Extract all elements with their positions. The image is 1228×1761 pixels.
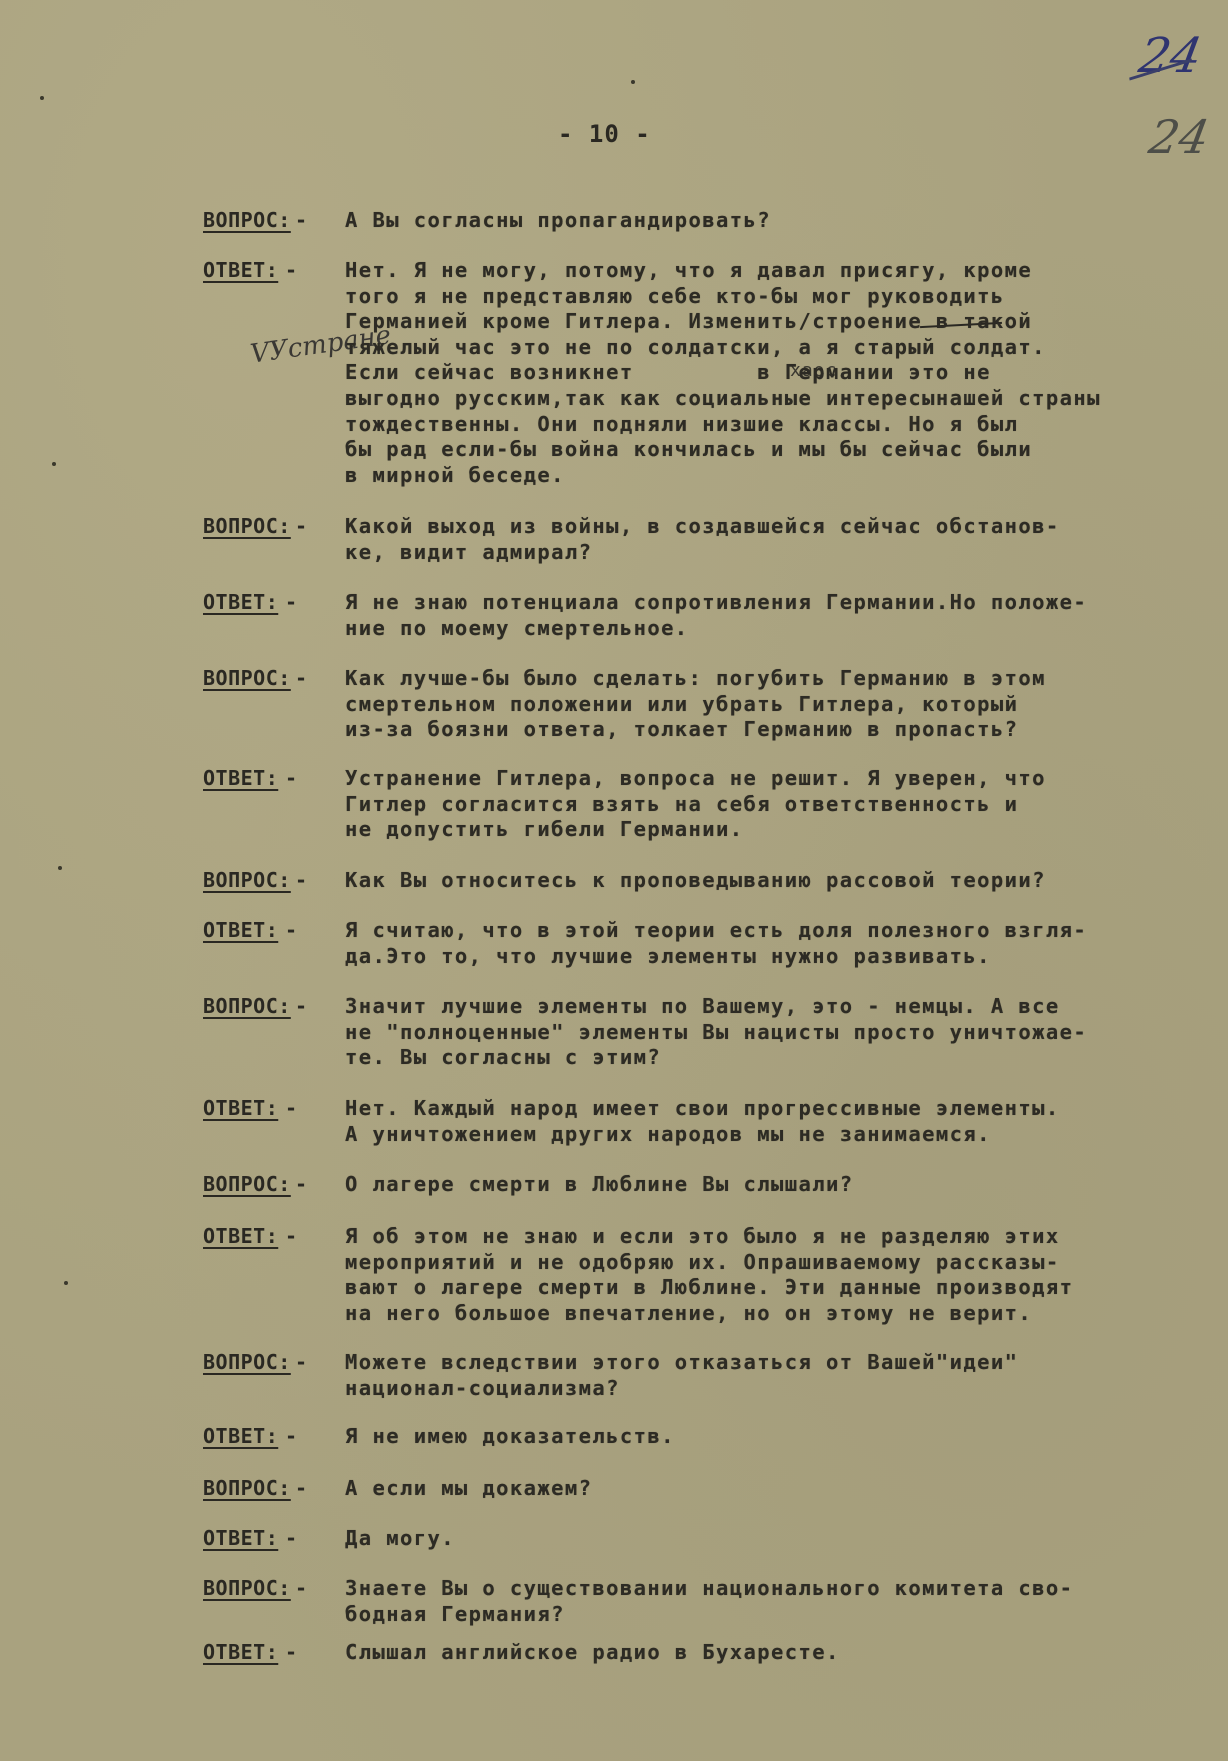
label-dash: - bbox=[295, 666, 308, 690]
label-dash: - bbox=[285, 1424, 298, 1448]
answer-label: ОТВЕТ: bbox=[203, 766, 278, 790]
question-label: ВОПРОС: bbox=[203, 1576, 291, 1600]
answer-label: ОТВЕТ: bbox=[203, 1096, 278, 1120]
entry-text: Нет. Я не могу, потому, что я давал прис… bbox=[345, 258, 1205, 488]
paper-speck bbox=[40, 96, 44, 100]
label-dash: - bbox=[295, 514, 308, 538]
entry-text: Да могу. bbox=[345, 1526, 1205, 1552]
folio-number-ink: 24 bbox=[1135, 28, 1206, 84]
entry-text: А если мы докажем? bbox=[345, 1476, 1205, 1502]
answer-label: ОТВЕТ: bbox=[203, 1224, 278, 1248]
label-dash: - bbox=[285, 918, 298, 942]
answer-label: ОТВЕТ: bbox=[203, 258, 278, 282]
entry-text: Какой выход из войны, в создавшейся сейч… bbox=[345, 514, 1205, 565]
paper-speck bbox=[52, 462, 56, 466]
label-dash: - bbox=[285, 258, 298, 282]
entry-text: Как Вы относитесь к проповедыванию рассо… bbox=[345, 868, 1205, 894]
answer-label: ОТВЕТ: bbox=[203, 1526, 278, 1550]
label-dash: - bbox=[285, 1640, 298, 1664]
label-dash: - bbox=[285, 1224, 298, 1248]
entry-text: Я считаю, что в этой теории есть доля по… bbox=[345, 918, 1205, 969]
entry-text: О лагере смерти в Люблине Вы слышали? bbox=[345, 1172, 1205, 1198]
entry-text: Нет. Каждый народ имеет свои прогрессивн… bbox=[345, 1096, 1205, 1147]
label-dash: - bbox=[295, 1476, 308, 1500]
question-label: ВОПРОС: bbox=[203, 1350, 291, 1374]
label-dash: - bbox=[295, 994, 308, 1018]
answer-label: ОТВЕТ: bbox=[203, 590, 278, 614]
label-dash: - bbox=[285, 766, 298, 790]
question-label: ВОПРОС: bbox=[203, 994, 291, 1018]
entry-text: Я об этом не знаю и если это было я не р… bbox=[345, 1224, 1205, 1326]
question-label: ВОПРОС: bbox=[203, 666, 291, 690]
entry-text: Можете вследствии этого отказаться от Ва… bbox=[345, 1350, 1205, 1401]
entry-text: А Вы согласны пропагандировать? bbox=[345, 208, 1205, 234]
paper-speck bbox=[631, 80, 635, 84]
entry-text: Я не знаю потенциала сопротивления Герма… bbox=[345, 590, 1205, 641]
answer-label: ОТВЕТ: bbox=[203, 1424, 278, 1448]
folio-number-pencil: 24 bbox=[1145, 110, 1213, 164]
label-dash: - bbox=[295, 868, 308, 892]
question-label: ВОПРОС: bbox=[203, 208, 291, 232]
page-number: - 10 - bbox=[558, 120, 651, 148]
entry-text: Слышал английское радио в Бухаресте. bbox=[345, 1640, 1205, 1666]
paper-speck bbox=[58, 866, 62, 870]
question-label: ВОПРОС: bbox=[203, 1476, 291, 1500]
label-dash: - bbox=[285, 1096, 298, 1120]
question-label: ВОПРОС: bbox=[203, 514, 291, 538]
entry-text: Я не имею доказательств. bbox=[345, 1424, 1205, 1450]
entry-text: Как лучше-бы было сделать: погубить Герм… bbox=[345, 666, 1205, 743]
entry-text: Знаете Вы о существовании национального … bbox=[345, 1576, 1205, 1627]
label-dash: - bbox=[295, 208, 308, 232]
answer-label: ОТВЕТ: bbox=[203, 918, 278, 942]
question-label: ВОПРОС: bbox=[203, 1172, 291, 1196]
label-dash: - bbox=[295, 1576, 308, 1600]
question-label: ВОПРОС: bbox=[203, 868, 291, 892]
answer-label: ОТВЕТ: bbox=[203, 1640, 278, 1664]
entry-text: Устранение Гитлера, вопроса не решит. Я … bbox=[345, 766, 1205, 843]
label-dash: - bbox=[295, 1350, 308, 1374]
label-dash: - bbox=[285, 1526, 298, 1550]
entry-text: Значит лучшие элементы по Вашему, это - … bbox=[345, 994, 1205, 1071]
paper-speck bbox=[64, 1281, 68, 1285]
label-dash: - bbox=[285, 590, 298, 614]
label-dash: - bbox=[295, 1172, 308, 1196]
